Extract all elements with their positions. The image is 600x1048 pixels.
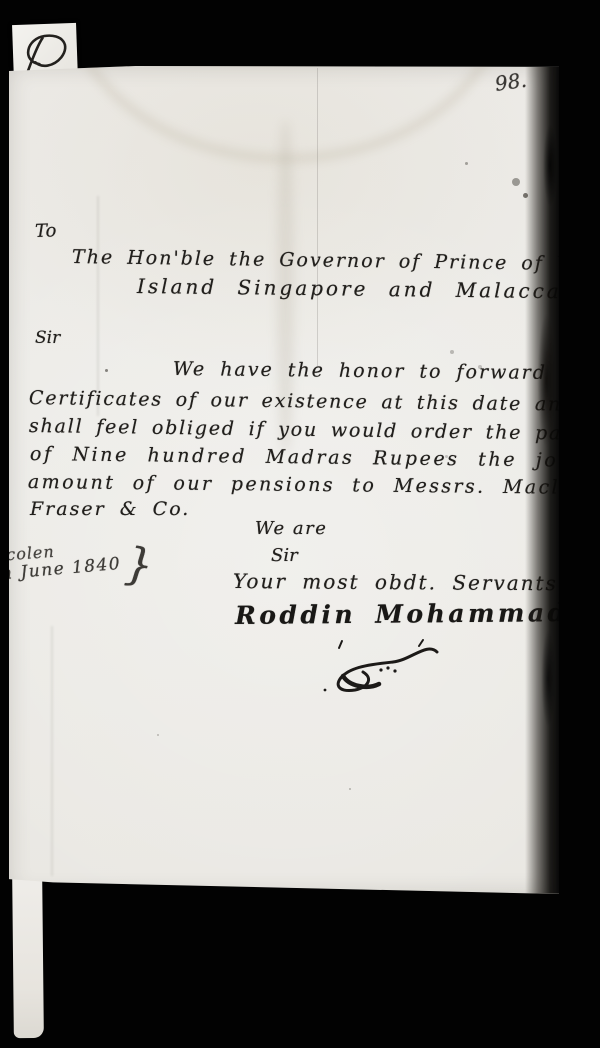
- letter-to-label: To: [35, 220, 57, 242]
- closing-we-are: We are: [255, 518, 327, 539]
- ink-spot: [465, 162, 468, 165]
- body-line: Fraser & Co.: [30, 498, 190, 520]
- ink-spot: [105, 369, 108, 372]
- body-line: amount of our pensions to Messrs. Maclai…: [28, 471, 600, 499]
- body-line: Certificates of our existence at this da…: [29, 387, 600, 416]
- vertical-crease: [97, 196, 99, 416]
- paper-strip-bottom: [12, 872, 44, 1038]
- ink-spot: [450, 350, 454, 354]
- ink-spot: [349, 788, 351, 790]
- letter-page: 98. To The Hon'ble the Governor of Princ…: [9, 66, 559, 894]
- closing-servants: Your most obdt. Servants: [233, 569, 558, 595]
- scanned-document-view: 98. To The Hon'ble the Governor of Princ…: [0, 0, 600, 1048]
- vertical-crease: [317, 68, 318, 368]
- page-number: 98.: [493, 68, 528, 96]
- page-binding-shadow: [525, 66, 561, 894]
- vertical-crease: [51, 626, 53, 876]
- salutation: Sir: [35, 328, 60, 348]
- closing-sir: Sir: [271, 545, 298, 566]
- body-line: shall feel obliged if you would order th…: [29, 415, 600, 445]
- address-line-2: Island Singapore and Malacca: [137, 274, 562, 303]
- ink-spot: [157, 734, 159, 736]
- margin-brace: }: [122, 538, 155, 592]
- jawi-script-signature: [315, 638, 445, 696]
- body-line: of Nine hundred Madras Rupees the joint: [30, 443, 592, 472]
- ink-spot: [512, 178, 520, 186]
- address-line-1: The Hon'ble the Governor of Prince of Wa…: [72, 246, 600, 276]
